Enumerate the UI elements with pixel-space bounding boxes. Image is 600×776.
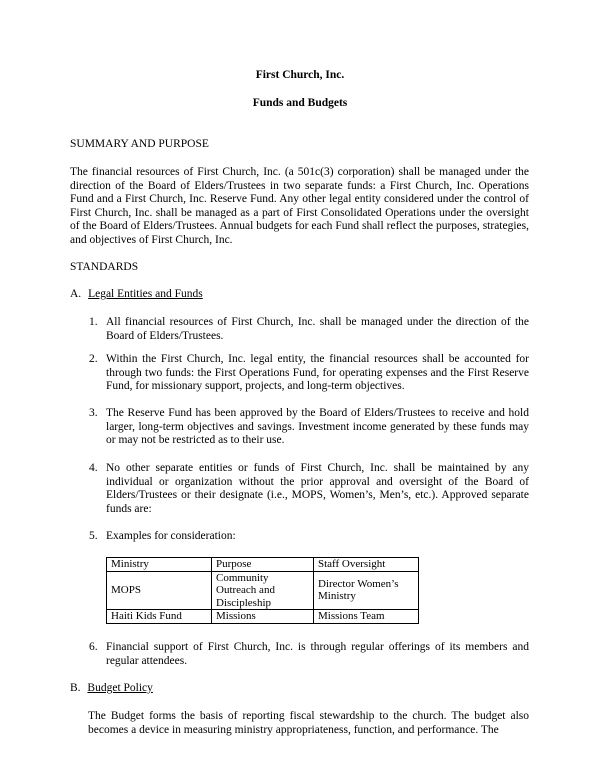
list-item: Within the First Church, Inc. legal enti… xyxy=(106,353,529,394)
section-b-letter: B. xyxy=(70,682,81,694)
list-item-number: 5. xyxy=(89,530,98,542)
document-page: First Church, Inc. Funds and Budgets SUM… xyxy=(0,0,600,776)
section-a-title: Legal Entities and Funds xyxy=(88,288,203,300)
section-a-letter: A. xyxy=(70,288,81,300)
list-item-number: 1. xyxy=(89,316,98,328)
summary-heading: SUMMARY AND PURPOSE xyxy=(70,138,209,150)
list-item-number: 3. xyxy=(89,407,98,419)
table-cell: Haiti Kids Fund xyxy=(107,610,212,624)
table-header-cell: Purpose xyxy=(212,558,314,572)
list-item: Examples for consideration: xyxy=(106,530,529,544)
table-cell: Missions Team xyxy=(314,610,419,624)
table-cell: Missions xyxy=(212,610,314,624)
table-header-row: Ministry Purpose Staff Oversight xyxy=(107,558,419,572)
examples-table: Ministry Purpose Staff Oversight MOPS Co… xyxy=(106,557,419,624)
summary-paragraph: The financial resources of First Church,… xyxy=(70,166,529,247)
section-b-title: Budget Policy xyxy=(87,682,153,694)
standards-heading: STANDARDS xyxy=(70,261,138,273)
list-item-number: 4. xyxy=(89,462,98,474)
budget-policy-paragraph: The Budget forms the basis of reporting … xyxy=(88,710,529,737)
list-item: The Reserve Fund has been approved by th… xyxy=(106,407,529,448)
table-row: MOPS Community Outreach and Discipleship… xyxy=(107,571,419,610)
list-item-number: 6. xyxy=(89,641,98,653)
list-item: All financial resources of First Church,… xyxy=(106,316,529,343)
table-header-cell: Staff Oversight xyxy=(314,558,419,572)
section-b-heading: B. Budget Policy xyxy=(70,682,153,694)
table-row: Haiti Kids Fund Missions Missions Team xyxy=(107,610,419,624)
table-cell: MOPS xyxy=(107,571,212,610)
list-item: Financial support of First Church, Inc. … xyxy=(106,641,529,668)
list-item-number: 2. xyxy=(89,353,98,365)
table-cell: Community Outreach and Discipleship xyxy=(212,571,314,610)
list-item: No other separate entities or funds of F… xyxy=(106,462,529,516)
document-title: First Church, Inc. xyxy=(0,69,600,81)
table-cell: Director Women’s Ministry xyxy=(314,571,419,610)
table-header-cell: Ministry xyxy=(107,558,212,572)
document-subtitle: Funds and Budgets xyxy=(0,97,600,109)
section-a-heading: A. Legal Entities and Funds xyxy=(70,288,203,300)
